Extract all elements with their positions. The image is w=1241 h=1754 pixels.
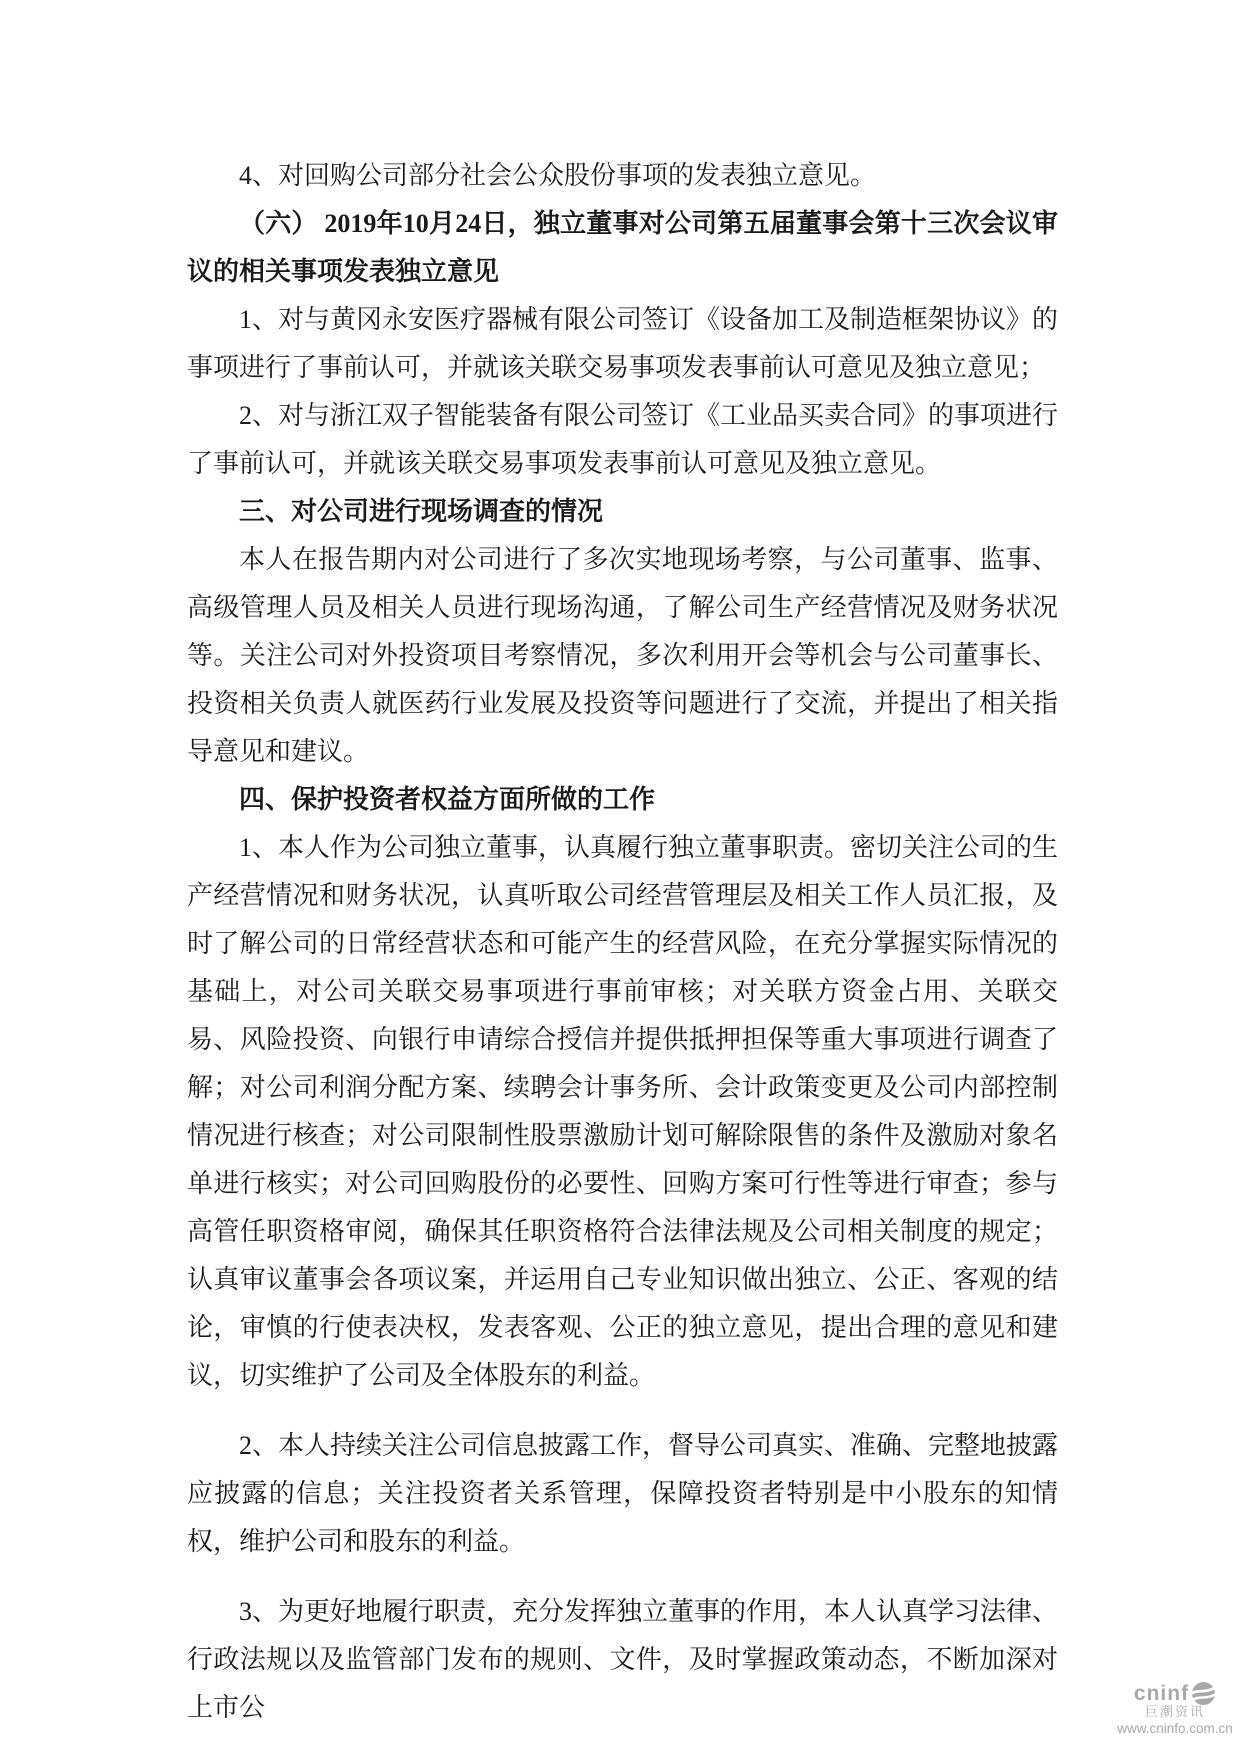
paragraph: 2、本人持续关注公司信息披露工作，督导公司真实、准确、完整地披露应披露的信息；关… (187, 1422, 1058, 1566)
cninfo-logo: cninf (1112, 1680, 1238, 1706)
cninfo-globe-icon (1191, 1681, 1216, 1706)
cninfo-watermark: cninf 巨潮资讯 www.cninfo.com.cn (1112, 1680, 1238, 1737)
cninfo-logo-chinese: 巨潮资讯 (1112, 1705, 1238, 1719)
section-heading: 四、保护投资者权益方面所做的工作 (187, 776, 1058, 824)
section-heading: （六） 2019年10月24日，独立董事对公司第五届董事会第十三次会议审议的相关… (187, 200, 1058, 296)
document-page: 4、对回购公司部分社会公众股份事项的发表独立意见。 （六） 2019年10月24… (0, 0, 1241, 1754)
document-body: 4、对回购公司部分社会公众股份事项的发表独立意见。 （六） 2019年10月24… (187, 152, 1058, 1732)
paragraph: 4、对回购公司部分社会公众股份事项的发表独立意见。 (187, 152, 1058, 200)
paragraph: 1、本人作为公司独立董事，认真履行独立董事职责。密切关注公司的生产经营情况和财务… (187, 824, 1058, 1400)
cninfo-logo-text: cninf (1134, 1683, 1189, 1704)
paragraph: 本人在报告期内对公司进行了多次实地现场考察，与公司董事、监事、高级管理人员及相关… (187, 536, 1058, 776)
cninfo-logo-url: www.cninfo.com.cn (1112, 1720, 1238, 1737)
paragraph: 1、对与黄冈永安医疗器械有限公司签订《设备加工及制造框架协议》的事项进行了事前认… (187, 296, 1058, 392)
paragraph: 3、为更好地履行职责，充分发挥独立董事的作用，本人认真学习法律、行政法规以及监管… (187, 1588, 1058, 1732)
section-heading: 三、对公司进行现场调查的情况 (187, 488, 1058, 536)
paragraph: 2、对与浙江双子智能装备有限公司签订《工业品买卖合同》的事项进行了事前认可，并就… (187, 392, 1058, 488)
